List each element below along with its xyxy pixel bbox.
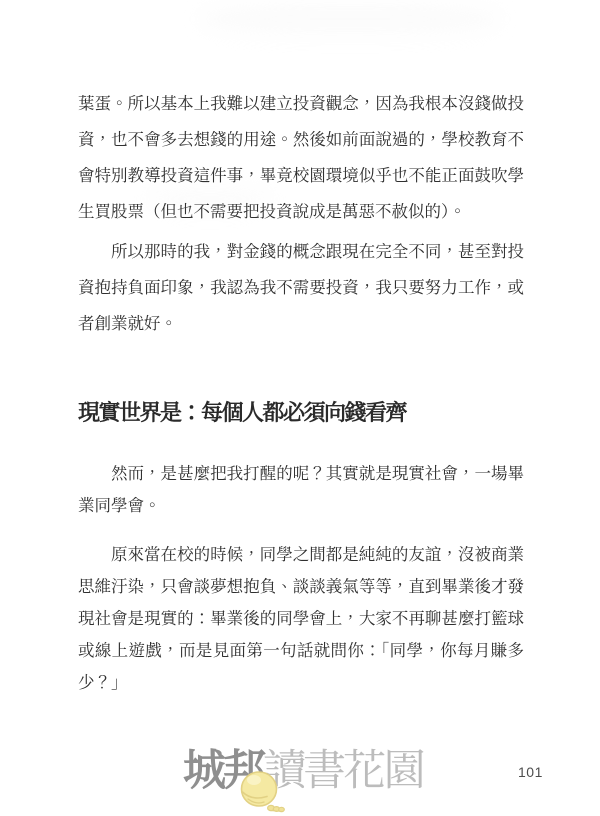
book-page: 葉蛋。所以基本上我難以建立投資觀念，因為我根本沒錢做投資，也不會多去想錢的用途。… bbox=[0, 0, 600, 816]
body-paragraph: 原來當在校的時候，同學之間都是純純的友誼，沒被商業思維汙染，只會談夢想抱負、談談… bbox=[78, 539, 524, 699]
page-content: 葉蛋。所以基本上我難以建立投資觀念，因為我根本沒錢做投資，也不會多去想錢的用途。… bbox=[78, 86, 524, 699]
body-paragraph: 然而，是甚麼把我打醒的呢？其實就是現實社會，一場畢業同學會。 bbox=[78, 458, 524, 522]
body-paragraph: 所以那時的我，對金錢的概念跟現在完全不同，甚至對投資抱持負面印象，我認為我不需要… bbox=[78, 234, 524, 342]
section-top: 葉蛋。所以基本上我難以建立投資觀念，因為我根本沒錢做投資，也不會多去想錢的用途。… bbox=[78, 86, 524, 342]
section-bottom: 然而，是甚麼把我打醒的呢？其實就是現實社會，一場畢業同學會。 原來當在校的時候，… bbox=[78, 458, 524, 699]
cite-mascot-icon bbox=[234, 768, 290, 814]
section-heading: 現實世界是：每個人都必須向錢看齊 bbox=[78, 398, 524, 428]
page-number: 101 bbox=[518, 764, 543, 780]
scan-artifact bbox=[200, 6, 500, 32]
body-paragraph: 葉蛋。所以基本上我難以建立投資觀念，因為我根本沒錢做投資，也不會多去想錢的用途。… bbox=[78, 86, 524, 230]
publisher-watermark: 城邦讀書花園 bbox=[183, 747, 423, 795]
